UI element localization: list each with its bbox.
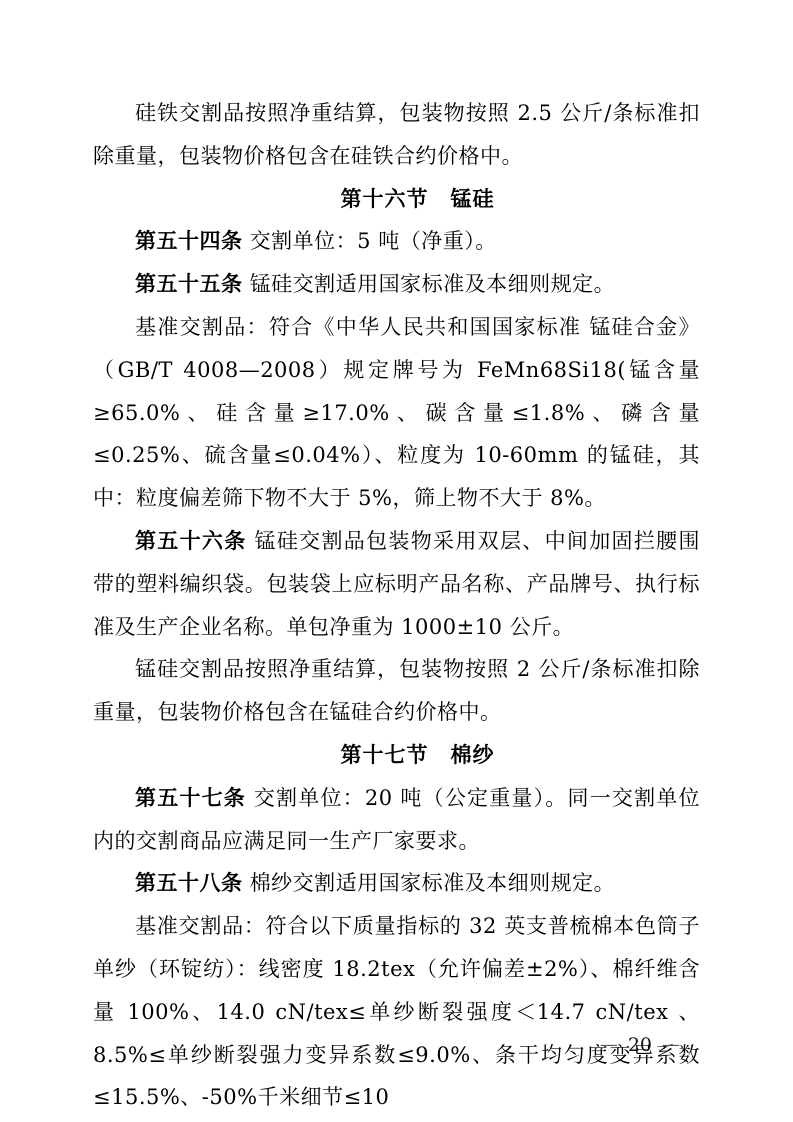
paragraph-text: 交割单位：5 吨（净重）。 (243, 229, 497, 253)
paragraph-article-55: 第五十五条 锰硅交割适用国家标准及本细则规定。 (93, 263, 700, 306)
article-number: 第五十六条 (135, 529, 247, 553)
article-number: 第五十八条 (135, 871, 243, 895)
footer-dash-right: — (662, 1032, 680, 1058)
paragraph-text: 棉纱交割适用国家标准及本细则规定。 (243, 871, 616, 895)
footer-page-number: 20 (628, 1032, 652, 1058)
paragraph-article-57: 第五十七条 交割单位：20 吨（公定重量）。同一交割单位内的交割商品应满足同一生… (93, 777, 700, 863)
document-body: 硅铁交割品按照净重结算，包装物按照 2.5 公斤/条标准扣除重量，包装物价格包含… (93, 92, 700, 1119)
section-heading-16: 第十六节 锰硅 (93, 178, 700, 221)
article-number: 第五十五条 (135, 272, 243, 296)
article-number: 第五十四条 (135, 229, 243, 253)
document-page: 硅铁交割品按照净重结算，包装物按照 2.5 公斤/条标准扣除重量，包装物价格包含… (0, 0, 793, 1122)
page-number: — 20 — (600, 1032, 680, 1058)
paragraph-ferrosilicon-settlement: 硅铁交割品按照净重结算，包装物按照 2.5 公斤/条标准扣除重量，包装物价格包含… (93, 92, 700, 178)
paragraph-mnsi-settlement: 锰硅交割品按照净重结算，包装物按照 2 公斤/条标准扣除重量，包装物价格包含在锰… (93, 648, 700, 734)
section-heading-17: 第十七节 棉纱 (93, 734, 700, 777)
footer-dash-left: — (600, 1032, 618, 1058)
paragraph-text: 基准交割品：符合《中华人民共和国国家标准 锰硅合金》（GB/T 4008—200… (93, 315, 700, 510)
paragraph-mnsi-benchmark: 基准交割品：符合《中华人民共和国国家标准 锰硅合金》（GB/T 4008—200… (93, 306, 700, 520)
paragraph-article-56: 第五十六条 锰硅交割品包装物采用双层、中间加固拦腰围带的塑料编织袋。包装袋上应标… (93, 520, 700, 648)
paragraph-yarn-benchmark: 基准交割品：符合以下质量指标的 32 英支普梳棉本色筒子单纱（环锭纺）：线密度 … (93, 905, 700, 1119)
article-number: 第五十七条 (135, 786, 246, 810)
paragraph-article-58: 第五十八条 棉纱交割适用国家标准及本细则规定。 (93, 862, 700, 905)
paragraph-text: 基准交割品：符合以下质量指标的 32 英支普梳棉本色筒子单纱（环锭纺）：线密度 … (93, 914, 700, 1109)
paragraph-article-54: 第五十四条 交割单位：5 吨（净重）。 (93, 220, 700, 263)
paragraph-text: 硅铁交割品按照净重结算，包装物按照 2.5 公斤/条标准扣除重量，包装物价格包含… (93, 101, 700, 168)
paragraph-text: 锰硅交割适用国家标准及本细则规定。 (243, 272, 616, 296)
paragraph-text: 锰硅交割品按照净重结算，包装物按照 2 公斤/条标准扣除重量，包装物价格包含在锰… (93, 657, 700, 724)
